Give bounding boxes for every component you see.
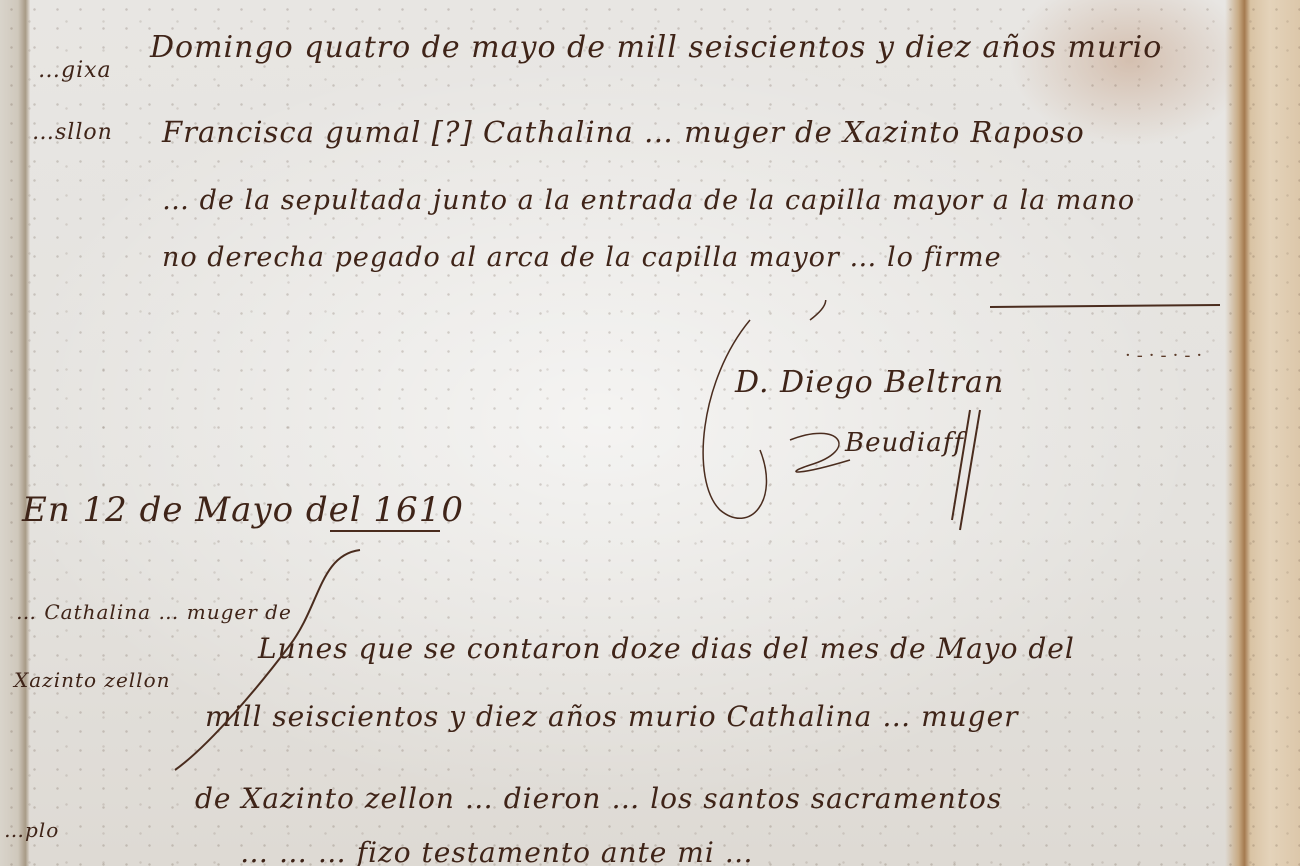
heading-underline [330,530,440,532]
entry1-margin-note-1: …gixa [38,58,112,83]
manuscript-page: …gixa …sllon Domingo quatro de mayo de m… [0,0,1300,866]
book-gutter [0,0,30,866]
entry2-margin-note-bottom: …plo [4,818,59,842]
entry2-margin-note-2: Xazinto zellon [14,668,171,692]
ink-dots: ·-·-·-· [1125,345,1208,366]
entry2-line-1: Lunes que se contaron doze dias del mes … [258,632,1075,665]
entry1-line-2: Francisca gumal [?] Cathalina … muger de… [162,115,1085,149]
entry2-heading: En 12 de Mayo del 1610 [22,490,464,530]
entry1-line-1: Domingo quatro de mayo de mill seiscient… [150,30,1162,65]
entry2-line-3: de Xazinto zellon … dieron … los santos … [195,782,1002,815]
entry2-line-4: … … … fizo testamento ante mi … [240,836,754,866]
stained-page-edge [1225,0,1300,866]
entry1-line-3: … de la sepultada junto a la entrada de … [162,185,1135,216]
signature-flourish [690,300,1090,540]
initial-L-flourish [170,545,370,775]
entry1-line-4: no derecha pegado al arca de la capilla … [162,242,1002,273]
entry1-margin-note-2: …sllon [32,120,113,145]
